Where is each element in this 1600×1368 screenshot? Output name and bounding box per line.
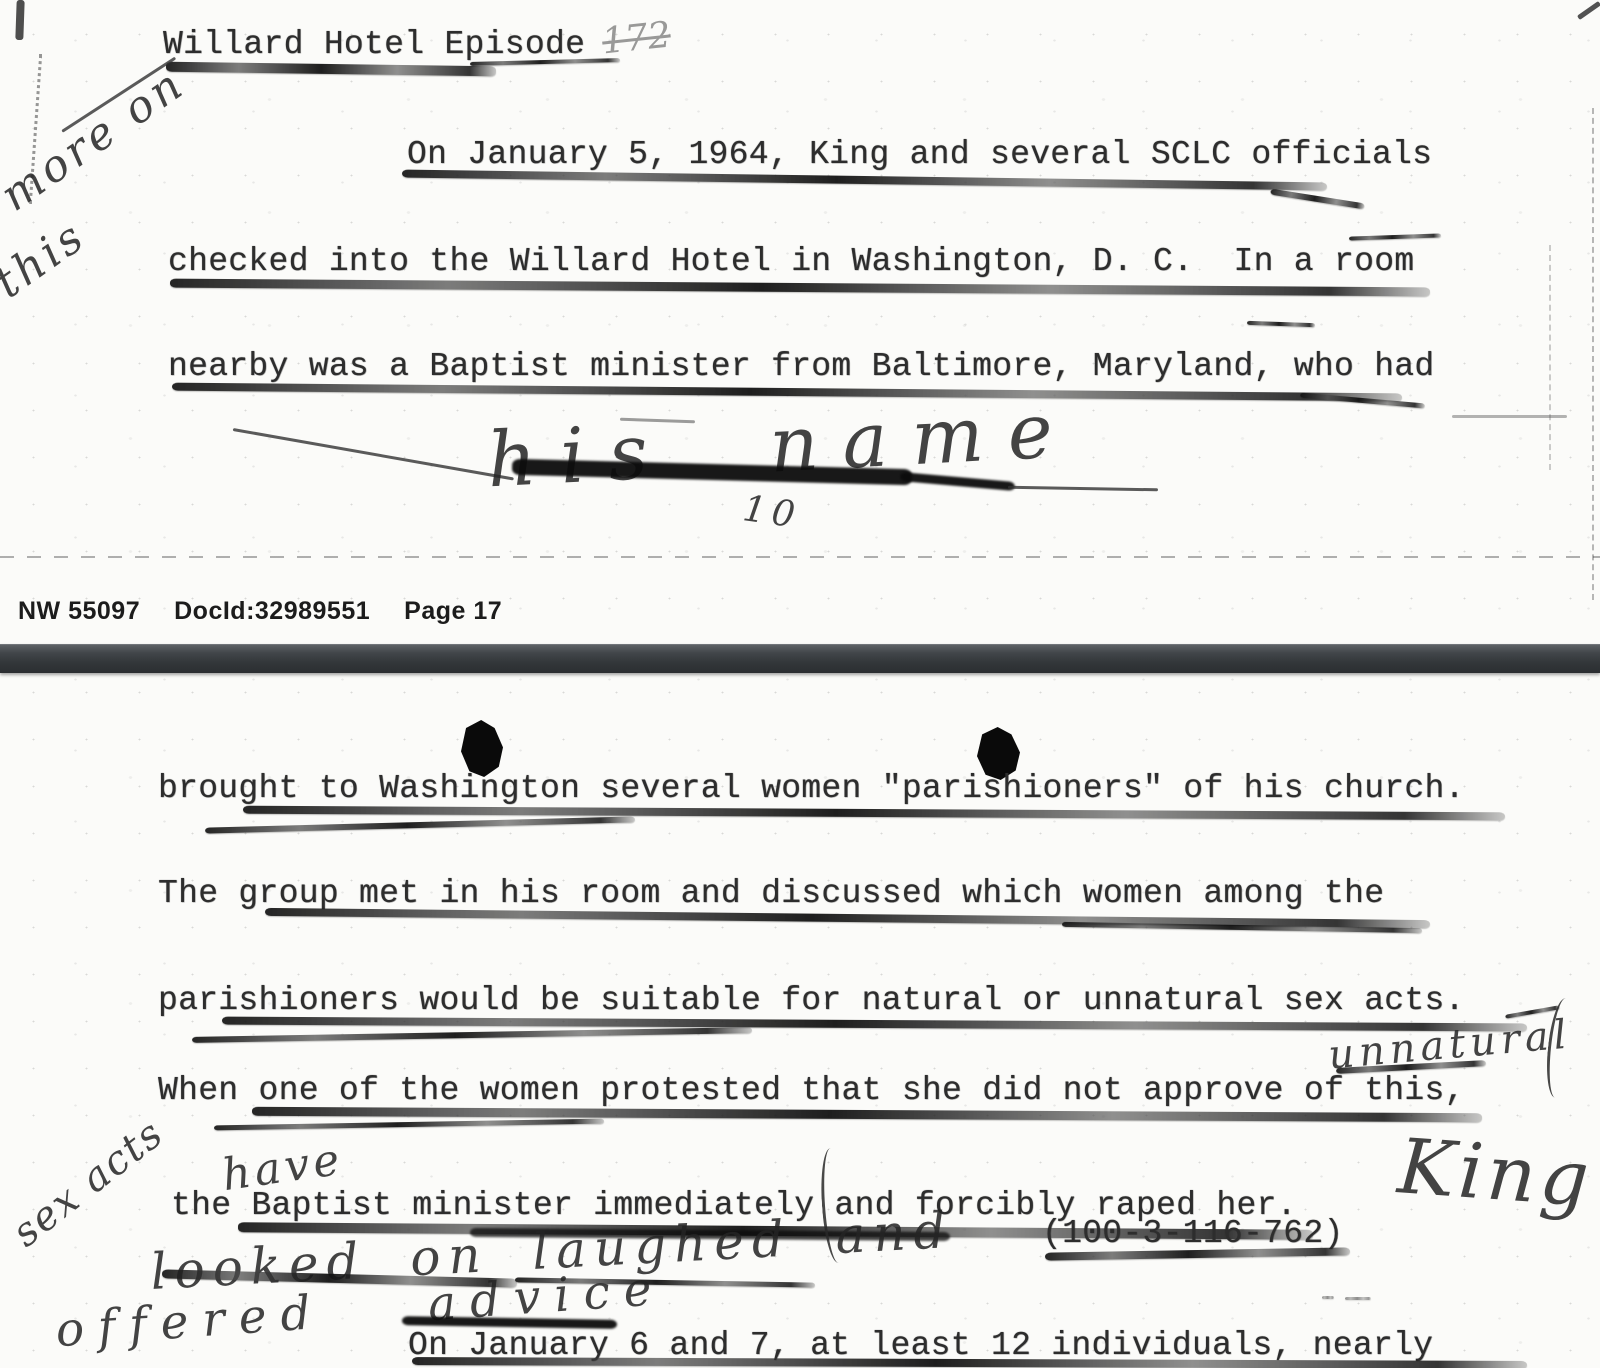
file-citation: (100-3-116-762) [1042, 1216, 1344, 1252]
scan-edge-dashed-line [1592, 108, 1594, 600]
footer-page-label: Page 17 [404, 597, 502, 625]
typed-line: When one of the women protested that she… [158, 1073, 1465, 1109]
footer-control-number: NW 55097 [18, 597, 140, 625]
page-divider-bar [0, 644, 1600, 673]
handwritten-margin-note: this [0, 210, 95, 308]
handwritten-page-number: 10 [740, 488, 803, 537]
annotation-lead-in-line [233, 428, 514, 480]
handwritten-heading-note: 172 [600, 15, 673, 63]
scan-edge-dashed-line [1549, 245, 1551, 470]
stray-pen-stroke [1247, 321, 1315, 327]
stray-pen-stroke [1322, 1296, 1334, 1299]
underline-scrawl [214, 1119, 604, 1131]
typed-line: nearby was a Baptist minister from Balti… [168, 349, 1435, 385]
document-footer: NW 55097DocId:32989551Page 17 [18, 597, 536, 626]
underline-scrawl [243, 806, 1505, 821]
underline-scrawl [166, 62, 496, 77]
handwritten-margin-note: more on [0, 58, 194, 221]
handwritten-note-king: King [1395, 1121, 1595, 1223]
scan-artifact-line [0, 556, 1600, 558]
hole-punch-mark [461, 720, 503, 777]
underline-scrawl [205, 816, 635, 833]
typed-line: The group met in his room and discussed … [158, 876, 1384, 912]
underline-scrawl [172, 383, 1402, 402]
scan-edge-mark [15, 0, 24, 40]
footer-doc-id: DocId:32989551 [174, 597, 370, 625]
underline-scrawl [170, 279, 1430, 297]
typed-line: brought to Washington several women "par… [158, 771, 1465, 807]
underline-scrawl [192, 1027, 752, 1043]
typed-line: checked into the Willard Hotel in Washin… [168, 244, 1414, 280]
typed-line: parishioners would be suitable for natur… [158, 983, 1465, 1019]
underline-scrawl [1270, 189, 1365, 210]
stray-pen-stroke [1349, 233, 1441, 240]
stray-pen-stroke [1008, 486, 1158, 491]
scan-corner-mark [1577, 1, 1600, 20]
section-heading: Willard Hotel Episode [163, 27, 585, 63]
document-scan: { "document": { "page1": { "heading": "W… [0, 0, 1600, 1368]
handwritten-note-sex-acts: sex acts [4, 1110, 173, 1256]
stray-pen-stroke [1345, 1297, 1371, 1300]
typed-line: On January 5, 1964, King and several SCL… [407, 137, 1432, 173]
